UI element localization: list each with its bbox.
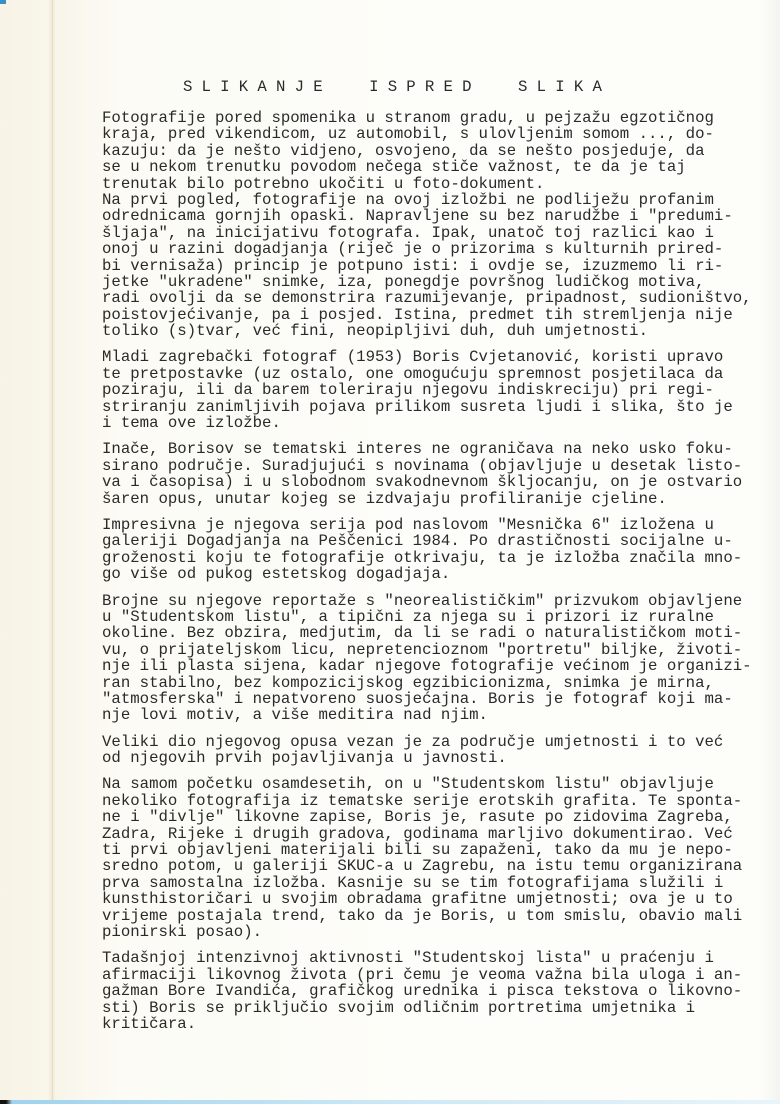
text-line: nje ili plasta sijena, kadar njegove fot… (102, 658, 742, 674)
text-line: onoj u razini dogadjanja (riječ je o pri… (102, 241, 742, 257)
text-line: u "Studentskom listu", a tipični za njeg… (102, 609, 742, 625)
paragraph: Mladi zagrebački fotograf (1953) Boris C… (102, 349, 742, 431)
paragraph: Veliki dio njegovog opusa vezan je za po… (102, 734, 742, 767)
text-line: Brojne su njegove reportaže s "neorealis… (102, 593, 742, 609)
text-line: galeriji Dogadjanja na Peščenici 1984. P… (102, 533, 742, 549)
paragraph: Na prvi pogled, fotografije na ovoj izlo… (102, 192, 742, 340)
text-line: nekoliko fotografija iz tematske serije … (102, 793, 742, 809)
text-line: Zadra, Rijeke i drugih gradova, godinama… (102, 826, 742, 842)
text-line: toliko (s)tvar, već fini, neopipljivi du… (102, 323, 742, 339)
text-line: šaren opus, unutar kojeg se izdvajaju pr… (102, 491, 742, 507)
text-line: odrednicama gornjih opaski. Napravljene … (102, 208, 742, 224)
scanned-page: SLIKANJE ISPRED SLIKA Fotografije pored … (0, 0, 780, 1104)
text-line: te pretpostavke (uz ostalo, one omogućuj… (102, 366, 742, 382)
text-line: Inače, Borisov se tematski interes ne og… (102, 441, 742, 457)
text-line: radi ovolji da se demonstrira razumijeva… (102, 290, 742, 306)
text-line: šljaja", na inicijativu fotografa. Ipak,… (102, 225, 742, 241)
text-line: Impresivna je njegova serija pod naslovo… (102, 517, 742, 533)
text-line: poistovjećivanje, pa i posjed. Istina, p… (102, 307, 742, 323)
paragraph: Inače, Borisov se tematski interes ne og… (102, 441, 742, 507)
text-line: Na samom početku osamdesetih, on u "Stud… (102, 776, 742, 792)
text-line: go više od pukog estetskog dogadjaja. (102, 566, 742, 582)
text-line: od njegovih prvih pojavljivanja u javnos… (102, 750, 742, 766)
text-line: ran stabilno, bez kompozicijskog egzibic… (102, 675, 742, 691)
text-line: nje lovi motiv, a više meditira nad njim… (102, 707, 742, 723)
paragraph: Tadašnjoj intenzivnoj aktivnosti "Studen… (102, 950, 742, 1032)
text-line: ti prvi objavljeni materijali bili su za… (102, 842, 742, 858)
text-line: "atmosferska" i nepatvoreno suosjećajna.… (102, 691, 742, 707)
text-line: va i časopisa) i u slobodnom svakodnevno… (102, 474, 742, 490)
text-line: prva samostalna izložba. Kasnije su se t… (102, 875, 742, 891)
document-title: SLIKANJE ISPRED SLIKA (0, 78, 780, 96)
text-line: Fotografije pored spomenika u stranom gr… (102, 110, 742, 126)
text-line: ne i "divlje" likovne zapise, Boris je, … (102, 809, 742, 825)
text-line: groženosti koju te fotografije otkrivaju… (102, 550, 742, 566)
paragraph: Na samom početku osamdesetih, on u "Stud… (102, 776, 742, 940)
text-line: i tema ove izložbe. (102, 415, 742, 431)
text-line: gažman Bore Ivandića, grafičkog urednika… (102, 983, 742, 999)
text-line: striranju zanimljivih pojava prilikom su… (102, 399, 742, 415)
paragraph: Brojne su njegove reportaže s "neorealis… (102, 593, 742, 724)
text-line: vu, o prijateljskom licu, nepretenciozno… (102, 642, 742, 658)
scan-edge-mark (0, 0, 6, 4)
text-line: kunsthistoričari u svojim obradama grafi… (102, 891, 742, 907)
document-body: Fotografije pored spomenika u stranom gr… (102, 110, 742, 1042)
text-line: kazuju: da je nešto vidjeno, osvojeno, d… (102, 143, 742, 159)
text-line: sredno potom, u galeriji SKUC-a u Zagreb… (102, 858, 742, 874)
text-line: sti) Boris se priključio svojim odličnim… (102, 1000, 742, 1016)
text-line: Veliki dio njegovog opusa vezan je za po… (102, 734, 742, 750)
text-line: afirmaciji likovnog života (pri čemu je … (102, 967, 742, 983)
text-line: okoline. Bez obzira, medjutim, da li se … (102, 625, 742, 641)
text-line: kritičara. (102, 1016, 742, 1032)
text-line: bi vernisaža) princip je potpuno isti: i… (102, 258, 742, 274)
text-line: kraja, pred vikendicom, uz automobil, s … (102, 126, 742, 142)
scan-bottom-edge (0, 1100, 780, 1104)
text-line: Na prvi pogled, fotografije na ovoj izlo… (102, 192, 742, 208)
text-line: Mladi zagrebački fotograf (1953) Boris C… (102, 349, 742, 365)
paragraph: Impresivna je njegova serija pod naslovo… (102, 517, 742, 583)
text-line: sirano područje. Suradjujući s novinama … (102, 458, 742, 474)
paragraph: Fotografije pored spomenika u stranom gr… (102, 110, 742, 192)
page-fold-line (52, 0, 53, 1104)
text-line: poziraju, ili da barem toleriraju njegov… (102, 382, 742, 398)
text-line: pionirski posao). (102, 924, 742, 940)
text-line: trenutak bilo potrebno ukočiti u foto-do… (102, 176, 742, 192)
text-line: jetke "ukradene" snimke, iza, ponegdje p… (102, 274, 742, 290)
text-line: se u nekom trenutku povodom nečega stiče… (102, 159, 742, 175)
text-line: Tadašnjoj intenzivnoj aktivnosti "Studen… (102, 950, 742, 966)
text-line: vrijeme postajala trend, tako da je Bori… (102, 908, 742, 924)
